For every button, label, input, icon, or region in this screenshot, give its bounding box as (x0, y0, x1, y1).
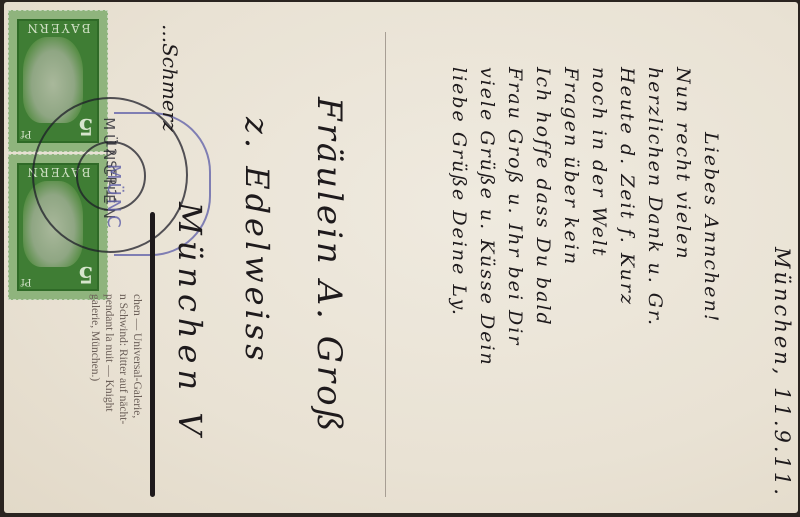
stamp-value: 5 (78, 261, 93, 287)
address-line-city: München V (171, 202, 209, 441)
stamp-country: BAYERN (9, 21, 107, 35)
printed-caption: chen — Universal-Galerie, n Schwind: Rit… (88, 294, 144, 424)
caption-line: pendant la nuit — Knight (102, 294, 116, 424)
stamp-unit: Pf (21, 128, 31, 139)
caption-line: n Schwind: Ritter auf nächt- (116, 294, 130, 424)
address-underline-stroke (150, 212, 155, 497)
message-line: herzlichen Dank u. Gr. (644, 67, 666, 327)
message-line: liebe Grüße Deine Ly. (448, 67, 470, 317)
stamp-unit: Pf (21, 276, 31, 287)
address-line-street: z. Edelweiss (238, 117, 276, 365)
message-line: Ich hoffe dass Du bald (532, 67, 554, 327)
address-top-fragment: ...Schmerz (158, 24, 182, 132)
message-line: Liebes Annchen! (700, 132, 722, 323)
message-line: Frau Groß u. Ihr bei Dir (504, 67, 526, 346)
violet-cancel-text: MÜNC (103, 164, 124, 284)
message-line: Fragen über kein (560, 67, 582, 266)
message-line: Nun recht vielen (672, 67, 694, 261)
message-line: Heute d. Zeit f. Kurz (616, 67, 638, 306)
message-line: viele Grüße u. Küsse Dein (476, 67, 498, 367)
postcard-back: BAYERN 5 Pf BAYERN 5 Pf MÜNCHEN 12 SEP 1… (4, 2, 798, 513)
address-divider-line (385, 32, 386, 497)
caption-line: chen — Universal-Galerie, (130, 294, 144, 424)
caption-line: galerie, München.) (88, 294, 102, 424)
message-dateline: München, 11.9.11. (770, 247, 794, 498)
address-line-name: Fräulein A. Groß (309, 97, 349, 434)
message-line: noch in der Welt (588, 67, 610, 257)
